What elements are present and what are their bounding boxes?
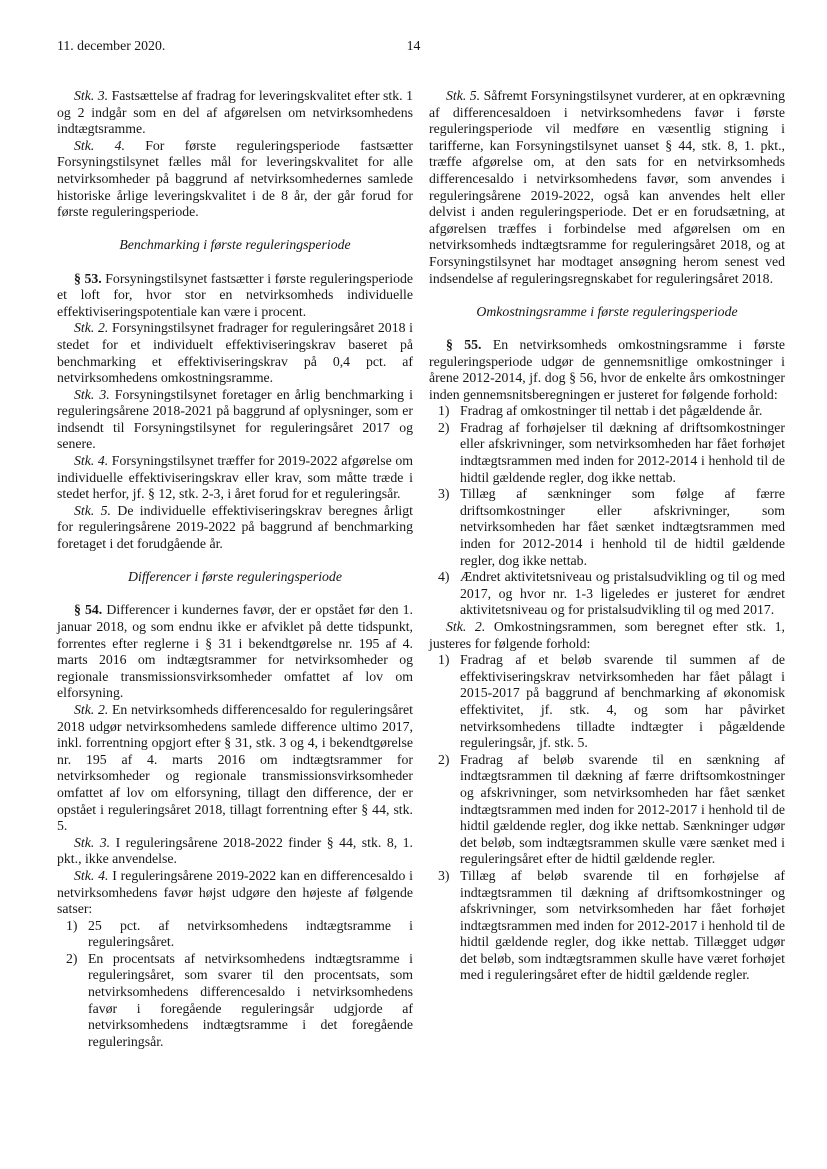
list-item: 1)Fradrag af omkostninger til nettab i d… xyxy=(429,403,785,420)
list-item: 2)Fradrag af beløb svarende til en sænkn… xyxy=(429,752,785,868)
list-item-number: 2) xyxy=(438,420,450,437)
paragraph-lead: Stk. 4. xyxy=(74,453,108,468)
left-column: Stk. 3. Fastsættelse af fradrag for leve… xyxy=(57,88,413,1050)
paragraph: Stk. 4. I reguleringsårene 2019-2022 kan… xyxy=(57,868,413,918)
paragraph-lead: Stk. 4. xyxy=(74,868,108,883)
paragraph-lead: Stk. 2. xyxy=(74,702,108,717)
paragraph: Stk. 5. De individuelle effektiviserings… xyxy=(57,503,413,553)
paragraph: Stk. 2. En netvirksomheds differencesald… xyxy=(57,702,413,835)
list-item-text: Fradrag af et beløb svarende til summen … xyxy=(460,652,785,750)
list-item: 2)Fradrag af forhøjelser til dækning af … xyxy=(429,420,785,486)
list-item-text: Fradrag af forhøjelser til dækning af dr… xyxy=(460,420,785,485)
paragraph: Stk. 3. Fastsættelse af fradrag for leve… xyxy=(57,88,413,138)
section-heading: Omkostningsramme i første reguleringsper… xyxy=(429,304,785,321)
list-item: 2)En procentsats af netvirksomhedens ind… xyxy=(57,951,413,1051)
paragraph: Stk. 4. Forsyningstilsynet træffer for 2… xyxy=(57,453,413,503)
paragraph-lead: Stk. 3. xyxy=(74,88,108,103)
list-item-number: 2) xyxy=(66,951,78,968)
paragraph: Stk. 3. Forsyningstilsynet foretager en … xyxy=(57,387,413,453)
list-item: 4)Ændret aktivitetsniveau og pristalsudv… xyxy=(429,569,785,619)
section-heading: Differencer i første reguleringsperiode xyxy=(57,569,413,586)
list-item: 3)Tillæg af beløb svarende til en forhøj… xyxy=(429,868,785,984)
section-heading: Benchmarking i første reguleringsperiode xyxy=(57,237,413,254)
list-item-text: Tillæg af sænkninger som følge af færre … xyxy=(460,486,785,567)
list-item: 1)25 pct. af netvirksomhedens indtægtsra… xyxy=(57,918,413,951)
paragraph: Stk. 2. Forsyningstilsynet fradrager for… xyxy=(57,320,413,386)
document-body: Stk. 3. Fastsættelse af fradrag for leve… xyxy=(57,88,785,1050)
list-item: 3)Tillæg af sænkninger som følge af færr… xyxy=(429,486,785,569)
paragraph: Stk. 2. Omkostningsrammen, som beregnet … xyxy=(429,619,785,652)
right-column: Stk. 5. Såfremt Forsyningstilsynet vurde… xyxy=(429,88,785,1050)
paragraph-lead: Stk. 2. xyxy=(446,619,485,634)
paragraph-lead: Stk. 4. xyxy=(74,138,125,153)
list-item-number: 2) xyxy=(438,752,450,769)
list-item-text: Fradrag af beløb svarende til en sænknin… xyxy=(460,752,785,867)
paragraph: Stk. 3. I reguleringsårene 2018-2022 fin… xyxy=(57,835,413,868)
list-item-text: 25 pct. af netvirksomhedens indtægtsramm… xyxy=(88,918,413,950)
paragraph-lead: Stk. 5. xyxy=(74,503,111,518)
paragraph-lead: Stk. 3. xyxy=(74,835,110,850)
paragraph-lead: § 55. xyxy=(446,337,482,352)
paragraph: § 55. En netvirksomheds omkostningsramme… xyxy=(429,337,785,403)
list-item-number: 4) xyxy=(438,569,450,586)
list-item-text: Tillæg af beløb svarende til en forhøjel… xyxy=(460,868,785,983)
list-item-text: Ændret aktivitetsniveau og pristalsudvik… xyxy=(460,569,785,617)
paragraph: § 53. Forsyningstilsynet fastsætter i fø… xyxy=(57,271,413,321)
list-item-text: Fradrag af omkostninger til nettab i det… xyxy=(460,403,762,418)
paragraph-lead: § 54. xyxy=(74,602,102,617)
paragraph-lead: Stk. 2. xyxy=(74,320,108,335)
list-item-number: 3) xyxy=(438,868,450,885)
paragraph-lead: Stk. 5. xyxy=(446,88,480,103)
page-number: 14 xyxy=(0,38,827,55)
paragraph: Stk. 5. Såfremt Forsyningstilsynet vurde… xyxy=(429,88,785,287)
paragraph-lead: Stk. 3. xyxy=(74,387,110,402)
page-header: 11. december 2020. 14 xyxy=(0,38,827,56)
list-item-number: 1) xyxy=(438,403,450,420)
list-item-number: 1) xyxy=(66,918,78,935)
paragraph: § 54. Differencer i kundernes favør, der… xyxy=(57,602,413,702)
list-item: 1)Fradrag af et beløb svarende til summe… xyxy=(429,652,785,752)
list-item-number: 3) xyxy=(438,486,450,503)
paragraph: Stk. 4. For første reguleringsperiode fa… xyxy=(57,138,413,221)
list-item-text: En procentsats af netvirksomhedens indtæ… xyxy=(88,951,413,1049)
paragraph-lead: § 53. xyxy=(74,271,102,286)
document-page: 11. december 2020. 14 Stk. 3. Fastsættel… xyxy=(0,0,827,1169)
list-item-number: 1) xyxy=(438,652,450,669)
